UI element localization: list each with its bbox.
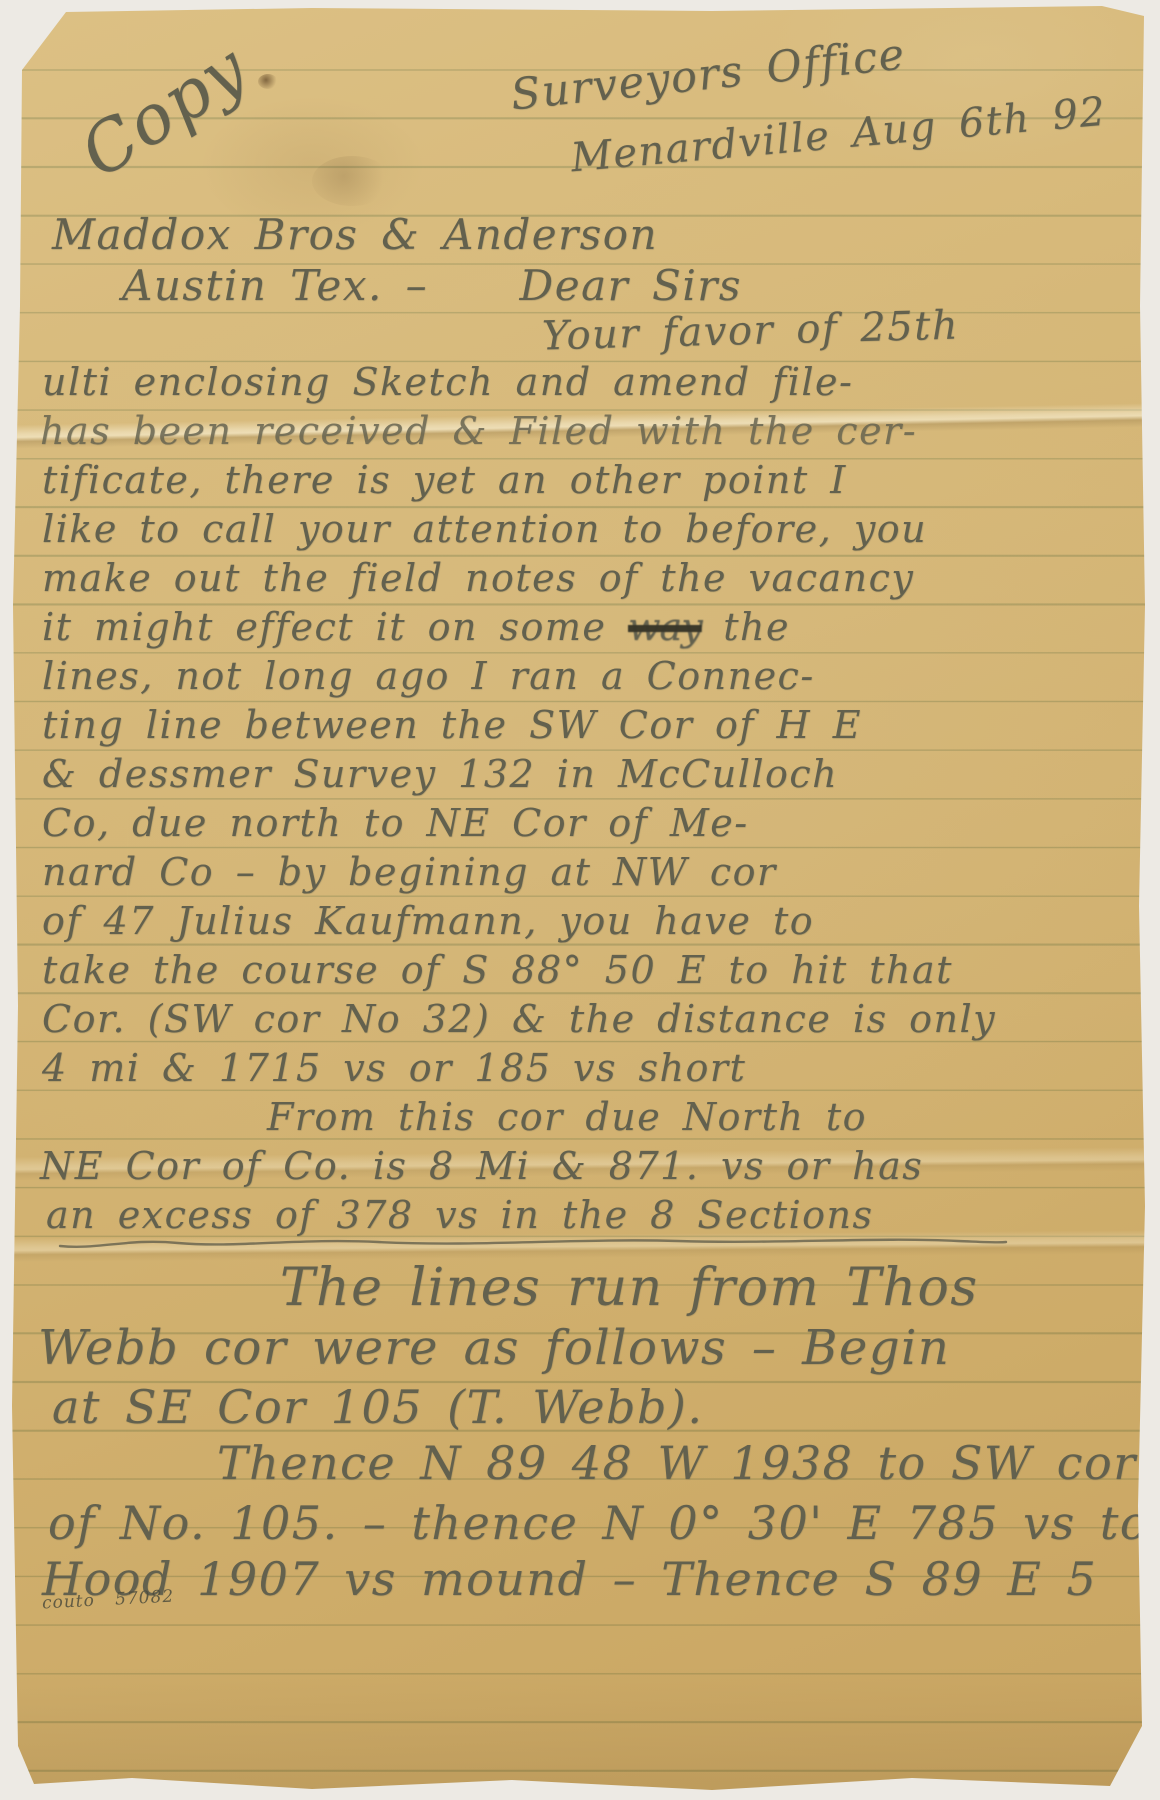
letter-line: Webb cor were as follows – Begin — [38, 1320, 950, 1376]
stain — [312, 156, 392, 206]
recipient-address-line: Austin Tex. – Dear Sirs — [122, 261, 742, 310]
letter-line: of 47 Julius Kaufmann, you have to — [42, 899, 814, 943]
letter-page: Copy Surveyors Office Menardville Aug 6t… — [12, 6, 1148, 1792]
letter-line: like to call your attention to before, y… — [42, 507, 927, 551]
letter-line: at SE Cor 105 (T. Webb). — [52, 1380, 704, 1434]
ink-blot — [258, 74, 278, 89]
letter-line: make out the field notes of the vacancy — [42, 556, 914, 600]
letter-line: ting line between the SW Cor of H E — [42, 703, 862, 747]
letter-line: Thence N 89 48 W 1938 to SW cor — [217, 1436, 1137, 1490]
letter-line: lines, not long ago I ran a Connec- — [42, 654, 815, 698]
office-line: Surveyors Office — [508, 29, 907, 120]
letter-line-text: it might effect it on some — [42, 605, 606, 649]
letter-line: From this cor due North to — [267, 1095, 867, 1139]
letter-line: of No. 105. – thence N 0° 30' E 785 vs t… — [48, 1496, 1149, 1550]
letter-line: 4 mi & 1715 vs or 185 vs short — [42, 1046, 746, 1090]
letter-line: NE Cor of Co. is 8 Mi & 871. vs or has — [40, 1144, 923, 1188]
letter-opening-line: Your favor of 25th — [541, 303, 959, 360]
letter-line: nard Co – by begining at NW cor — [42, 850, 777, 894]
letter-line-text: the — [723, 605, 790, 649]
letter-line: Co, due north to NE Cor of Me- — [42, 801, 749, 845]
letter-line: The lines run from Thos — [280, 1258, 979, 1318]
struck-word: way — [628, 605, 702, 649]
letter-line: take the course of S 88° 50 E to hit tha… — [42, 948, 953, 992]
letter-line: Cor. (SW cor No 32) & the distance is on… — [42, 997, 996, 1041]
copy-annotation: Copy — [67, 29, 262, 194]
letter-line-with-strike: it might effect it on some way the — [42, 605, 790, 649]
letter-line: & dessmer Survey 132 in McCulloch — [42, 752, 838, 796]
letter-line: ulti enclosing Sketch and amend file- — [42, 360, 853, 404]
letter-line: Hood 1907 vs mound – Thence S 89 E 5 — [42, 1552, 1097, 1606]
recipient-name-line: Maddox Bros & Anderson — [52, 210, 658, 259]
letter-line: an excess of 378 vs in the 8 Sections — [46, 1193, 874, 1237]
letter-line: tificate, there is yet an other point I — [42, 458, 847, 502]
letter-line: has been received & Filed with the cer- — [40, 409, 917, 453]
